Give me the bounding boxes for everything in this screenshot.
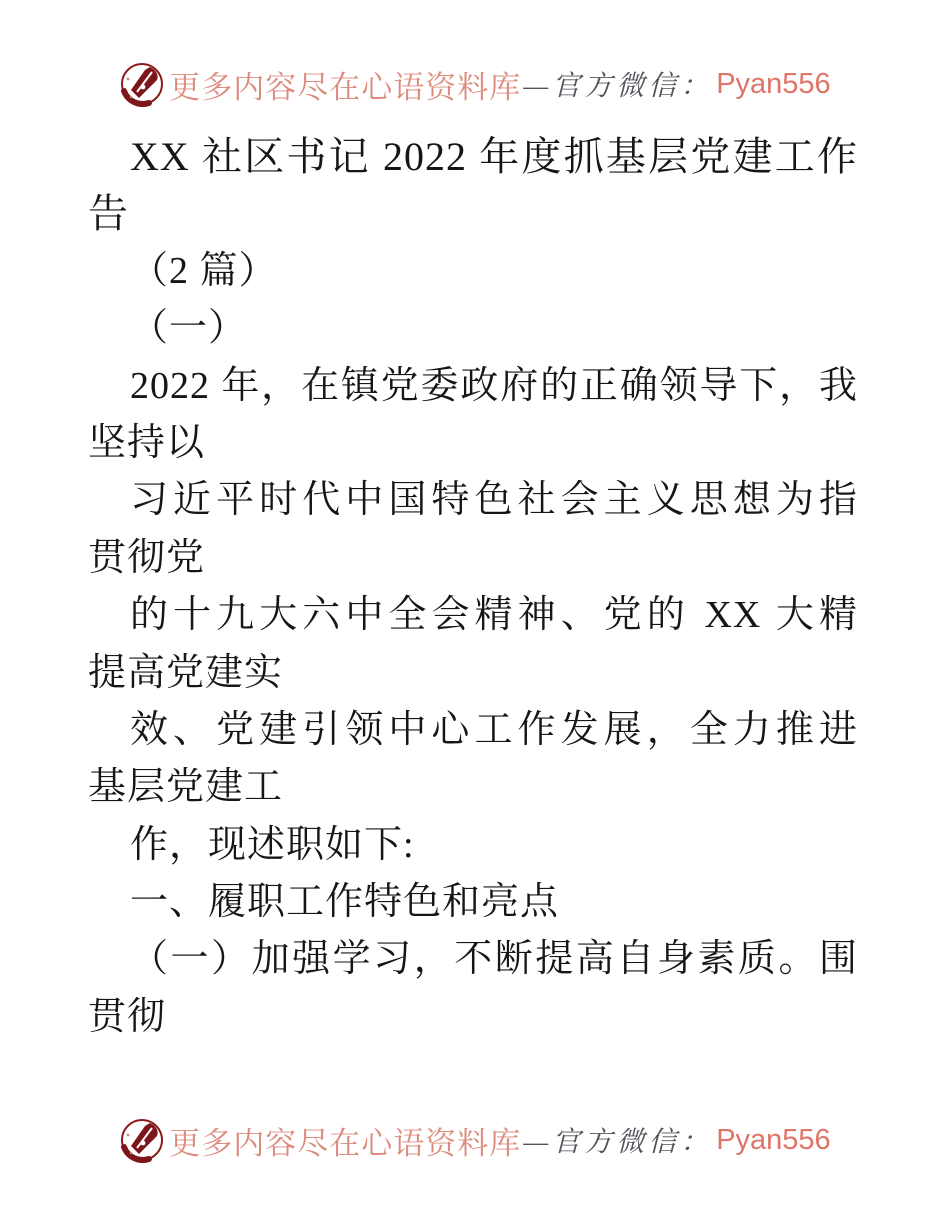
body-line: 贯彻 xyxy=(88,989,858,1046)
body-line: 贯彻党 xyxy=(88,530,858,587)
document-page: XX 社区书记 2022 年度抓基层党建工作述职报 告 （2 篇） （一） 20… xyxy=(88,128,858,1046)
brand-text: 更多内容尽在心语资料库 xyxy=(169,1118,521,1163)
body-line: （一）加强学习，不断提高自身素质。围绕学习 xyxy=(88,931,858,988)
wechat-label: —官方微信： xyxy=(523,1120,712,1160)
header-watermark: 更多内容尽在心语资料库 —官方微信： Pyan556 xyxy=(0,58,950,110)
body-line: 2022 年，在镇党委政府的正确领导下，我始终 xyxy=(88,358,858,415)
body-line: 习近平时代中国特色社会主义思想为指导，深入 xyxy=(88,472,858,529)
wechat-id: Pyan556 xyxy=(716,1124,831,1157)
pen-nib-logo-icon xyxy=(119,59,165,109)
footer-watermark: 更多内容尽在心语资料库 —官方微信： Pyan556 xyxy=(0,1114,950,1166)
title-line: XX 社区书记 2022 年度抓基层党建工作述职报 xyxy=(88,128,858,185)
body-line: 的十九大六中全会精神、党的 XX 大精神，切实 xyxy=(88,587,858,644)
body-line: 提高党建实 xyxy=(88,645,858,702)
body-line: 基层党建工 xyxy=(88,759,858,816)
brand-text: 更多内容尽在心语资料库 xyxy=(169,62,521,107)
pen-nib-logo-icon xyxy=(119,1115,165,1165)
heading-line: 一、履职工作特色和亮点 xyxy=(88,874,858,931)
body-line: 效、党建引领中心工作发展，全力推进 XX 社区 xyxy=(88,702,858,759)
title-line: 告 xyxy=(88,185,858,242)
section-number-line: （一） xyxy=(88,300,858,357)
subtitle-count-line: （2 篇） xyxy=(88,243,858,300)
body-line: 作，现述职如下: xyxy=(88,817,858,874)
body-line: 坚持以 xyxy=(88,415,858,472)
wechat-id: Pyan556 xyxy=(716,68,831,101)
wechat-label: —官方微信： xyxy=(523,64,712,104)
